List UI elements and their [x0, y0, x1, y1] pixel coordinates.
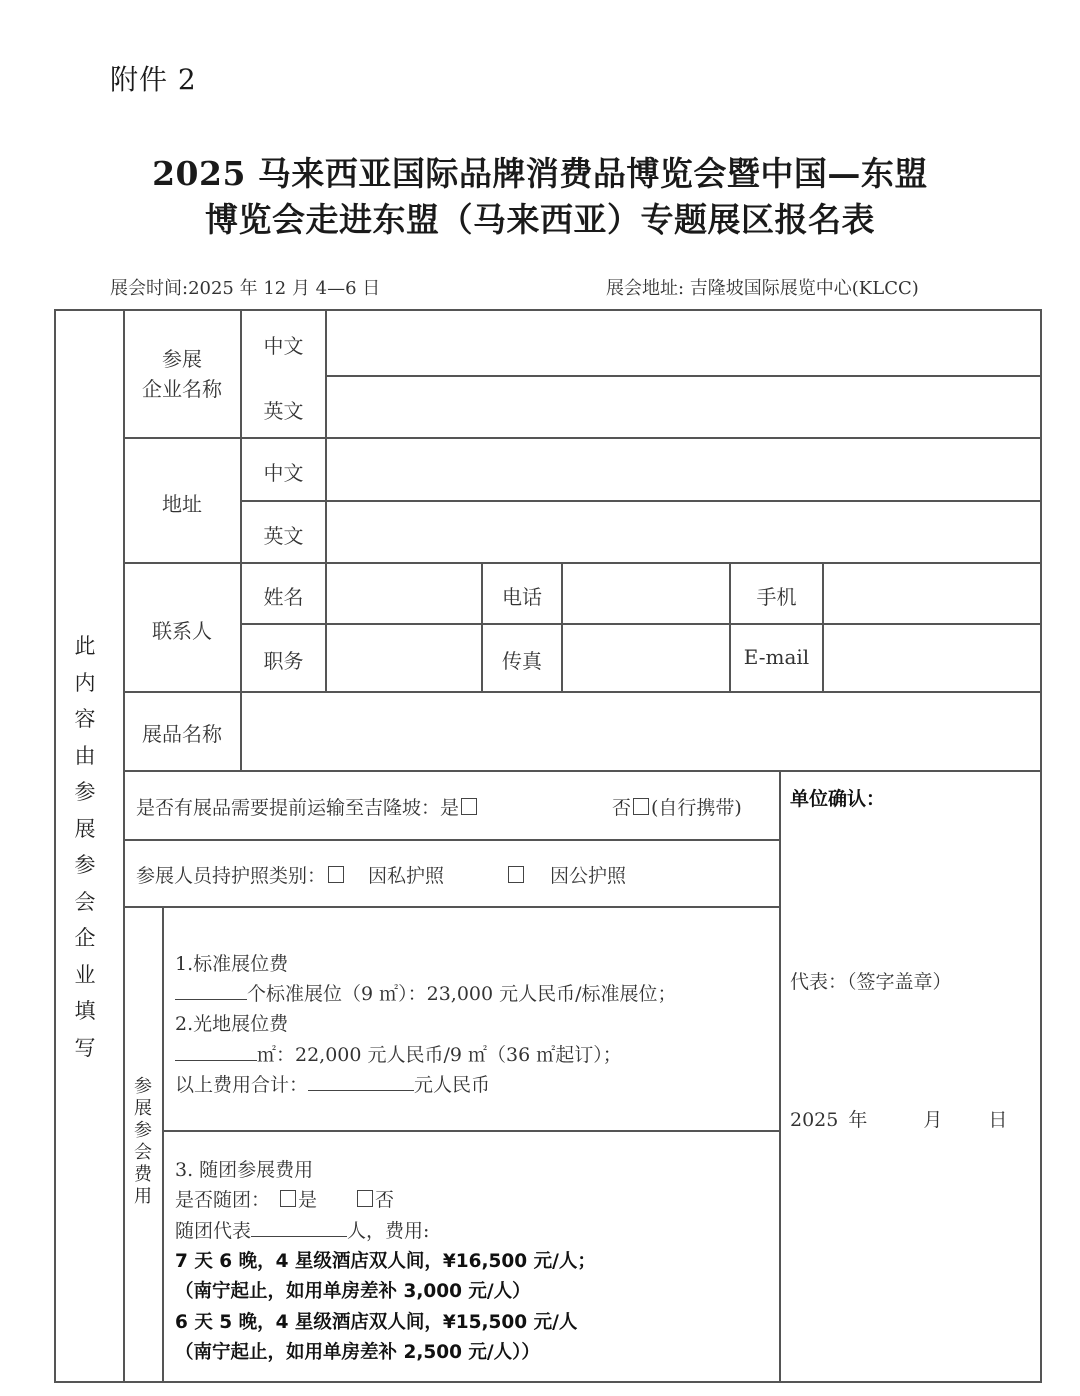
total-amount-blank[interactable] [308, 1089, 414, 1091]
form-title-line2: 博览会走进东盟（马来西亚）专题展区报名表 [0, 194, 1080, 246]
exhibition-date: 展会时间:2025 年 12 月 4—6 日 [110, 274, 380, 300]
shipping-no-checkbox[interactable] [633, 798, 649, 815]
group-rep-row: 随团代表人，费用: [175, 1216, 429, 1243]
shipping-no-note: (自行携带) [651, 797, 742, 819]
side-column-divider [123, 309, 125, 1383]
exhibits-label: 展品名称 [124, 718, 240, 747]
attachment-label: 附件 2 [110, 58, 197, 98]
row-line [123, 906, 780, 908]
exhibits-field[interactable] [242, 693, 1040, 770]
company-name-label: 参展 企业名称 [124, 344, 240, 404]
contact-name-label: 姓名 [242, 581, 325, 610]
passport-question: 参展人员持护照类别： [136, 865, 326, 887]
side-char: 参 [70, 847, 100, 884]
exhibition-venue: 展会地址: 吉隆坡国际展览中心(KLCC) [606, 274, 919, 300]
address-label: 地址 [124, 488, 240, 517]
total-row: 以上费用合计：元人民币 [175, 1070, 490, 1097]
side-instruction-label: 此 内 容 由 参 展 参 会 企 业 填 写 [70, 628, 100, 1066]
fees-side-char: 参 [131, 1120, 155, 1142]
standard-booth-title: 1.标准展位费 [175, 949, 288, 976]
contact-mobile-label: 手机 [731, 581, 822, 610]
contact-fax-label: 传真 [483, 645, 561, 674]
row-line [163, 1130, 780, 1132]
fees-side-char: 会 [131, 1142, 155, 1164]
company-name-label-line2: 企业名称 [124, 374, 240, 404]
raw-space-title: 2.光地展位费 [175, 1009, 288, 1036]
group-no-checkbox[interactable] [357, 1190, 373, 1207]
shipping-no-row: 否(自行携带) [612, 793, 742, 820]
company-name-en-field[interactable] [327, 377, 1040, 437]
contact-email-field[interactable] [824, 625, 1040, 691]
side-char: 展 [70, 811, 100, 848]
side-char: 由 [70, 738, 100, 775]
contact-fax-field[interactable] [563, 625, 729, 691]
company-name-zh-label: 中文 [242, 330, 325, 359]
shipping-no-label: 否 [612, 797, 631, 819]
signature-area[interactable] [782, 1000, 1038, 1080]
confirmation-divider [779, 770, 781, 1383]
table-border-right [1040, 309, 1042, 1383]
company-name-en-label: 英文 [242, 395, 325, 424]
group-question: 是否随团： [175, 1189, 270, 1211]
confirmation-year: 2025 [790, 1109, 838, 1131]
company-name-label-line1: 参展 [124, 344, 240, 374]
package-1: 7 天 6 晚，4 星级酒店双人间，¥16,500 元/人； [175, 1247, 596, 1273]
row-line [123, 839, 780, 841]
contact-position-label: 职务 [242, 645, 325, 674]
group-yes-label: 是 [298, 1189, 317, 1211]
passport-private-checkbox[interactable] [328, 866, 344, 883]
fees-side-char: 参 [131, 1076, 155, 1098]
fees-side-char: 展 [131, 1098, 155, 1120]
raw-space-area-blank[interactable] [175, 1059, 257, 1061]
address-zh-label: 中文 [242, 457, 325, 486]
side-char: 容 [70, 701, 100, 738]
group-fee-title: 3. 随团参展费用 [175, 1155, 313, 1182]
confirmation-date-row: 2025年月日 [790, 1105, 1007, 1132]
address-en-field[interactable] [327, 502, 1040, 562]
group-no-label: 否 [375, 1189, 394, 1211]
contact-email-label: E-mail [731, 645, 822, 669]
contact-phone-field[interactable] [563, 564, 729, 623]
side-char: 内 [70, 665, 100, 702]
confirmation-year-unit: 年 [848, 1109, 867, 1131]
signature-label: 代表：（签字盖章） [790, 967, 952, 994]
unit-confirmation-title: 单位确认： [790, 784, 885, 811]
row-line [123, 770, 1042, 772]
package-2-note: （南宁起止，如用单房差补 2,500 元/人）） [175, 1338, 540, 1364]
shipping-question-row: 是否有展品需要提前运输至吉隆坡：是 [136, 793, 479, 820]
total-suffix: 元人民币 [414, 1074, 490, 1096]
contact-name-field[interactable] [327, 564, 481, 623]
fees-side-divider [162, 906, 164, 1383]
contact-label: 联系人 [124, 615, 240, 644]
group-rep-prefix: 随团代表 [175, 1220, 251, 1242]
shipping-question: 是否有展品需要提前运输至吉隆坡：是 [136, 797, 459, 819]
standard-booth-line: 个标准展位（9 ㎡）：23,000 元人民币/标准展位； [247, 983, 677, 1005]
standard-booth-row: 个标准展位（9 ㎡）：23,000 元人民币/标准展位； [175, 979, 677, 1006]
contact-mobile-field[interactable] [824, 564, 1040, 623]
passport-row: 参展人员持护照类别：因私护照因公护照 [136, 861, 626, 888]
side-char: 写 [70, 1030, 100, 1067]
company-name-zh-field[interactable] [327, 311, 1040, 375]
side-char: 业 [70, 957, 100, 994]
address-en-label: 英文 [242, 520, 325, 549]
passport-private-label: 因私护照 [368, 865, 444, 887]
form-title-line1: 2025 马来西亚国际品牌消费品博览会暨中国—东盟 [0, 148, 1080, 200]
confirmation-day-unit: 日 [988, 1109, 1007, 1131]
confirmation-month-unit: 月 [923, 1109, 942, 1131]
raw-space-line: ㎡：22,000 元人民币/9 ㎡（36 ㎡起订）； [257, 1044, 622, 1066]
group-rep-suffix: 人，费用: [347, 1220, 429, 1242]
fees-side-char: 用 [131, 1186, 155, 1208]
table-border-bottom [54, 1381, 1042, 1383]
group-question-row: 是否随团：是否 [175, 1185, 394, 1212]
package-1-note: （南宁起止，如用单房差补 3,000 元/人） [175, 1277, 531, 1303]
raw-space-row: ㎡：22,000 元人民币/9 ㎡（36 ㎡起订）； [175, 1040, 622, 1067]
shipping-yes-checkbox[interactable] [461, 798, 477, 815]
address-zh-field[interactable] [327, 439, 1040, 500]
passport-official-checkbox[interactable] [508, 866, 524, 883]
contact-position-field[interactable] [327, 625, 481, 691]
table-border-left [54, 309, 56, 1383]
contact-phone-label: 电话 [483, 581, 561, 610]
total-prefix: 以上费用合计： [175, 1074, 308, 1096]
fees-side-char: 费 [131, 1164, 155, 1186]
group-yes-checkbox[interactable] [280, 1190, 296, 1207]
side-char: 企 [70, 920, 100, 957]
side-char: 会 [70, 884, 100, 921]
side-char: 此 [70, 628, 100, 665]
group-rep-count-blank[interactable] [251, 1235, 347, 1237]
package-2: 6 天 5 晚，4 星级酒店双人间，¥15,500 元/人 [175, 1308, 577, 1334]
side-char: 填 [70, 993, 100, 1030]
fees-side-label: 参 展 参 会 费 用 [131, 1076, 155, 1208]
standard-booth-count-blank[interactable] [175, 998, 247, 1000]
passport-official-label: 因公护照 [550, 865, 626, 887]
side-char: 参 [70, 774, 100, 811]
